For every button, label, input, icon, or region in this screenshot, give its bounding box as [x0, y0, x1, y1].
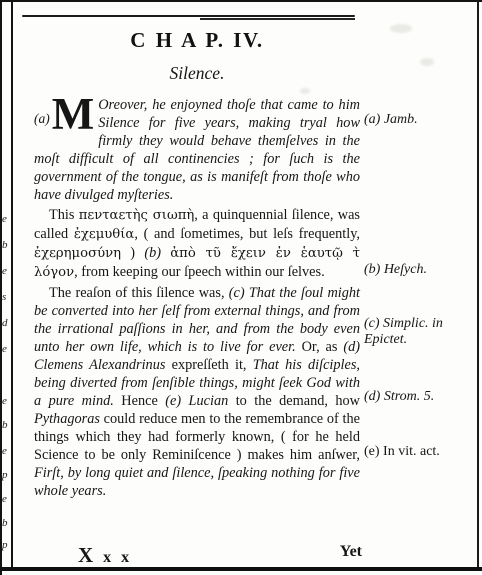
main-text-column: C H A P. IV. Silence. (a)MOreover, he en…	[34, 0, 360, 500]
book-page-scan: ebesdeebepebp C H A P. IV. Silence. (a)M…	[0, 0, 482, 575]
paragraph-opener: (a)M	[34, 97, 93, 134]
paragraph-moreover: (a)MOreover, he enjoyned thoſe that came…	[34, 96, 360, 204]
gutter-artifact-glyph: s	[2, 292, 10, 303]
margin-note-a: (a) Jamb.	[364, 112, 476, 128]
gutter-artifact-glyph: p	[2, 470, 10, 481]
chapter-heading: C H A P. IV.	[34, 28, 360, 53]
text-segment: This	[49, 207, 79, 223]
margin-note-b: (b) Heſych.	[364, 262, 476, 278]
text-segment: Firſt,	[34, 465, 64, 481]
gutter-artifact-glyph: d	[2, 318, 10, 329]
scan-smudge	[390, 24, 412, 33]
binding-edge-outer-line	[0, 0, 2, 575]
text-segment: Lucian	[189, 393, 229, 409]
gutter-artifact-glyph: e	[2, 266, 10, 277]
text-segment: Or, as	[296, 339, 344, 355]
text-segment: (c)	[229, 285, 245, 301]
text-segment: expreſſeth it,	[165, 357, 252, 373]
paragraph-reason-of-silence: The reaſon of this ſilence was, (c) That…	[34, 284, 360, 500]
gutter-artifact-glyph: e	[2, 446, 10, 457]
text-segment: , ( and ſometimes, but leſs frequently,	[134, 226, 360, 242]
gutter-artifact-glyph: b	[2, 518, 10, 529]
gutter-artifact-glyph: e	[2, 214, 10, 225]
text-segment: , from keeping our ſpeech within our ſel…	[74, 264, 325, 280]
margin-note-c: (c) Simplic. in Epictet.	[364, 316, 476, 348]
text-segment: πενταετὴς σιωπὴ	[79, 208, 195, 223]
text-segment: Hence	[114, 393, 165, 409]
margin-note-ref: (a)	[34, 111, 50, 126]
signature-line: X x x Yet	[34, 543, 362, 568]
text-segment: (e)	[165, 393, 181, 409]
chapter-subtitle: Silence.	[34, 63, 360, 84]
text-segment: Clemens Alexandrinus	[34, 357, 165, 373]
margin-note-e: (e) In vit. act.	[364, 444, 476, 460]
page-edge-right-line	[477, 0, 479, 571]
margin-note-d: (d) Strom. 5.	[364, 389, 476, 405]
signature-mark: X x x	[78, 543, 132, 568]
text-segment: The reaſon of this ſilence was,	[49, 285, 229, 301]
text-segment: )	[121, 245, 144, 261]
gutter-artifact-glyph: e	[2, 494, 10, 505]
text-segment	[161, 245, 170, 261]
drop-cap: M	[52, 89, 93, 139]
text-segment: ἐχερημοσύνη	[34, 246, 121, 261]
text-segment: Pythagoras	[34, 411, 100, 427]
gutter-artifact-glyph: e	[2, 396, 10, 407]
paragraph-quinquennial-silence: This πενταετὴς σιωπὴ, a quinquennial ſil…	[34, 206, 360, 282]
gutter-artifact-glyph: b	[2, 420, 10, 431]
catchword: Yet	[340, 543, 362, 568]
text-segment: to the demand, how	[228, 393, 360, 409]
text-segment: ἐχεμυθία	[74, 227, 135, 242]
binding-edge-inner-line	[11, 0, 13, 567]
text-segment: by long quiet and ſilence, ſpeaking noth…	[34, 465, 360, 499]
gutter-artifact-glyph: p	[2, 540, 10, 551]
scan-smudge	[420, 58, 434, 66]
gutter-artifact-glyph: e	[2, 344, 10, 355]
text-segment	[181, 393, 188, 409]
gutter-artifact-glyph: b	[2, 240, 10, 251]
text-segment: (b)	[144, 245, 161, 261]
text-segment: (d)	[343, 339, 360, 355]
